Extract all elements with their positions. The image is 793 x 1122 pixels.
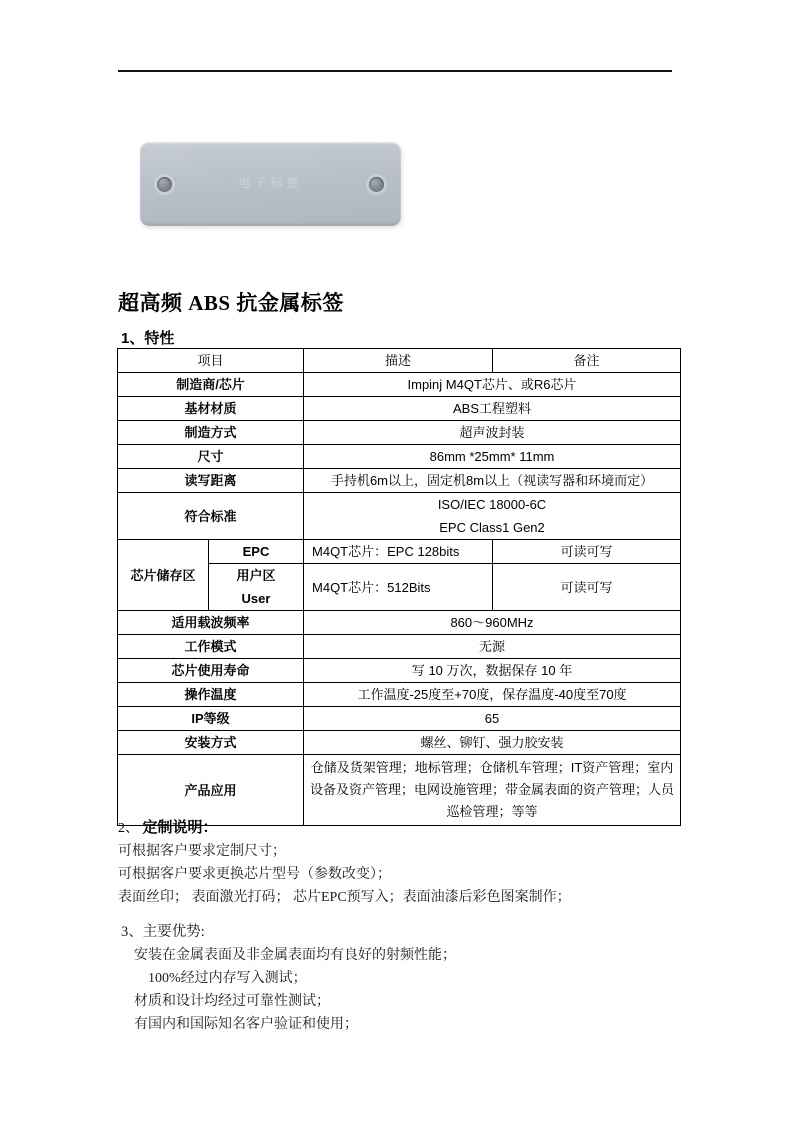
row-label: 安装方式 [118, 731, 304, 755]
table-row: 适用载波频率 860～960MHz [118, 611, 681, 635]
features-heading: 1、特性 [121, 327, 174, 348]
row-label: 芯片储存区 [118, 540, 209, 611]
screw-hole-right-icon [369, 177, 384, 192]
features-table: 项目 描述 备注 制造商/芯片 Impinj M4QT芯片、或R6芯片 基材材质… [117, 348, 681, 826]
table-row: 基材材质 ABS工程塑料 [118, 397, 681, 421]
row-note: 可读可写 [493, 564, 681, 611]
user-area-line-1: 用户区 [213, 564, 299, 587]
row-label: 基材材质 [118, 397, 304, 421]
advantages-section: 3、主要优势: 安装在金属表面及非金属表面均有良好的射频性能； 100%经过内存… [121, 921, 456, 1036]
row-value: 工作温度-25度至+70度，保存温度-40度至70度 [304, 683, 681, 707]
row-note: 可读可写 [493, 540, 681, 564]
row-value: 65 [304, 707, 681, 731]
table-row: 符合标准 ISO/IEC 18000-6C EPC Class1 Gen2 [118, 493, 681, 540]
row-value: 86mm *25mm* 11mm [304, 445, 681, 469]
product-photo: 电子标签 [140, 142, 401, 226]
customization-number: 2、 [118, 821, 143, 836]
user-area-line-2: User [213, 587, 299, 610]
advantage-line: 安装在金属表面及非金属表面均有良好的射频性能； [121, 944, 456, 967]
header-rule [118, 70, 672, 72]
row-value: 无源 [304, 635, 681, 659]
row-value: 860～960MHz [304, 611, 681, 635]
row-label: 尺寸 [118, 445, 304, 469]
standard-line-1: ISO/IEC 18000-6C [308, 493, 676, 516]
row-value: ISO/IEC 18000-6C EPC Class1 Gen2 [304, 493, 681, 540]
advantage-line: 有国内和国际知名客户验证和使用； [121, 1013, 456, 1036]
table-row: 安装方式 螺丝、铆钉、强力胶安装 [118, 731, 681, 755]
row-label: 操作温度 [118, 683, 304, 707]
table-row: 制造方式 超声波封装 [118, 421, 681, 445]
row-value: M4QT芯片：512Bits [304, 564, 493, 611]
row-label: 产品应用 [118, 755, 304, 826]
col-header-item: 项目 [118, 349, 304, 373]
table-row: 芯片储存区 EPC M4QT芯片：EPC 128bits 可读可写 [118, 540, 681, 564]
table-row: 工作模式 无源 [118, 635, 681, 659]
advantage-line: 材质和设计均经过可靠性测试； [121, 990, 456, 1013]
rfid-tag-image: 电子标签 [140, 142, 401, 226]
table-row: IP等级 65 [118, 707, 681, 731]
customization-line: 可根据客户要求更换芯片型号（参数改变）； [118, 863, 571, 886]
customization-heading: 2、 定制说明： [118, 817, 571, 840]
customization-section: 2、 定制说明： 可根据客户要求定制尺寸； 可根据客户要求更换芯片型号（参数改变… [118, 817, 571, 909]
row-value: 仓储及货架管理；地标管理；仓储机车管理；IT资产管理；室内设备及资产管理；电网设… [304, 755, 681, 826]
advantages-heading: 3、主要优势: [121, 921, 456, 944]
col-header-desc: 描述 [304, 349, 493, 373]
table-row: 操作温度 工作温度-25度至+70度，保存温度-40度至70度 [118, 683, 681, 707]
row-sublabel: EPC [209, 540, 304, 564]
row-value: Impinj M4QT芯片、或R6芯片 [304, 373, 681, 397]
row-value: ABS工程塑料 [304, 397, 681, 421]
row-value: 超声波封装 [304, 421, 681, 445]
table-header-row: 项目 描述 备注 [118, 349, 681, 373]
table-row: 芯片使用寿命 写 10 万次，数据保存 10 年 [118, 659, 681, 683]
row-label: 符合标准 [118, 493, 304, 540]
row-value: M4QT芯片：EPC 128bits [304, 540, 493, 564]
table-row: 尺寸 86mm *25mm* 11mm [118, 445, 681, 469]
row-label: 制造方式 [118, 421, 304, 445]
table-row: 制造商/芯片 Impinj M4QT芯片、或R6芯片 [118, 373, 681, 397]
table-row: 产品应用 仓储及货架管理；地标管理；仓储机车管理；IT资产管理；室内设备及资产管… [118, 755, 681, 826]
advantage-line: 100%经过内存写入测试； [121, 967, 456, 990]
customization-heading-text: 定制说明： [143, 820, 218, 836]
page-title: 超高频 ABS 抗金属标签 [118, 287, 344, 317]
row-label: 制造商/芯片 [118, 373, 304, 397]
col-header-note: 备注 [493, 349, 681, 373]
row-value: 螺丝、铆钉、强力胶安装 [304, 731, 681, 755]
tag-watermark: 电子标签 [140, 174, 401, 191]
standard-line-2: EPC Class1 Gen2 [308, 516, 676, 539]
table-row: 读写距离 手持机6m以上，固定机8m以上（视读写器和环境而定） [118, 469, 681, 493]
document-page: 电子标签 超高频 ABS 抗金属标签 1、特性 项目 描述 备注 制造商/芯片 … [0, 0, 793, 1122]
row-label: 读写距离 [118, 469, 304, 493]
row-label: 芯片使用寿命 [118, 659, 304, 683]
row-label: IP等级 [118, 707, 304, 731]
customization-line: 可根据客户要求定制尺寸； [118, 840, 571, 863]
row-label: 工作模式 [118, 635, 304, 659]
row-value: 写 10 万次，数据保存 10 年 [304, 659, 681, 683]
row-value: 手持机6m以上，固定机8m以上（视读写器和环境而定） [304, 469, 681, 493]
row-sublabel: 用户区 User [209, 564, 304, 611]
row-label: 适用载波频率 [118, 611, 304, 635]
customization-line: 表面丝印； 表面激光打码； 芯片EPC预写入；表面油漆后彩色图案制作； [118, 886, 571, 909]
